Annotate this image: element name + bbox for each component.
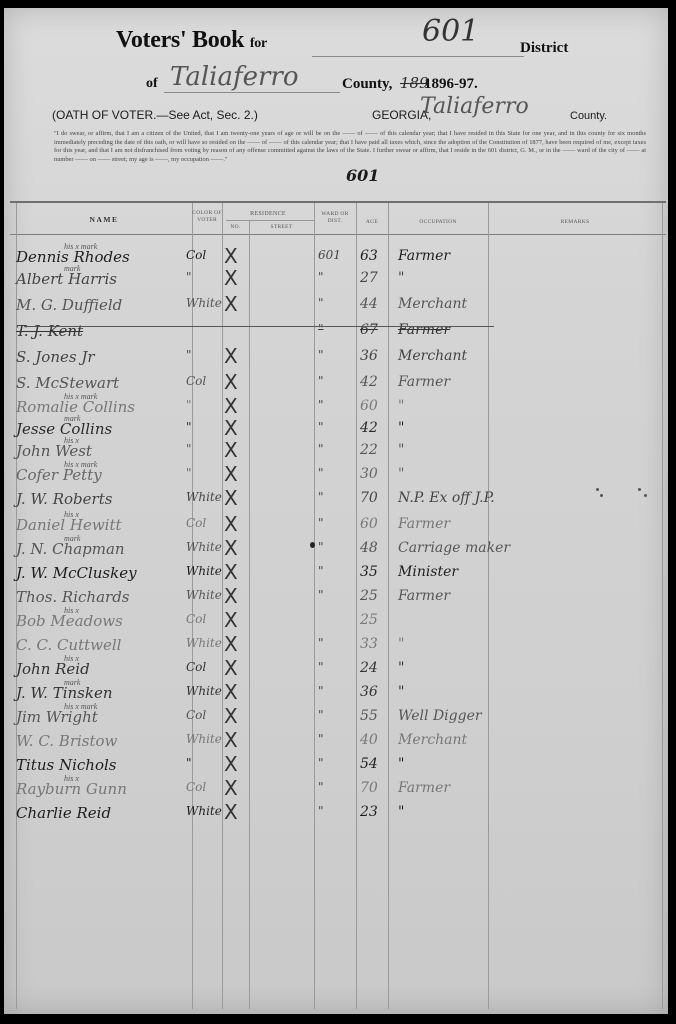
voter-age: 44: [360, 296, 378, 312]
voter-name: Thos. Richards: [16, 588, 130, 606]
voter-age: 35: [360, 564, 378, 580]
header-color: Color of Voter: [192, 210, 222, 223]
voter-occupation: Farmer: [398, 322, 450, 338]
residence-x-mark: X: [224, 438, 238, 462]
header-remarks: Remarks: [488, 219, 662, 226]
voter-occupation: ": [398, 636, 404, 652]
residence-subrule: [226, 220, 314, 221]
table-row: S. Jones Jr " X " 36 Merchant: [4, 348, 668, 371]
district-blank-line: [312, 56, 524, 57]
page-title: Voters' Book for: [116, 27, 267, 54]
residence-x-mark: X: [224, 680, 238, 704]
voter-age: 54: [360, 756, 378, 772]
table-row: J. N. Chapman mark White X " 48 Carriage…: [4, 540, 668, 563]
voter-age: 36: [360, 684, 378, 700]
header-name: NAME: [16, 217, 192, 224]
ward-district: ": [318, 442, 324, 456]
table-row: Dennis Rhodes his x mark Col X 601 63 Fa…: [4, 248, 668, 271]
ward-district: ": [318, 636, 324, 650]
voter-color: White: [186, 684, 222, 698]
table-top-rule: [10, 201, 666, 203]
state-county-label: County.: [570, 110, 607, 122]
residence-x-mark: X: [224, 632, 238, 656]
mark-note: mark: [64, 264, 80, 273]
mark-note: his x mark: [64, 460, 97, 469]
table-row: Charlie Reid White X " 23 ": [4, 804, 668, 827]
voter-color: Col: [186, 248, 206, 262]
ward-district: ": [318, 374, 324, 388]
voter-color: ": [186, 442, 192, 456]
voter-color: ": [186, 270, 192, 284]
voter-occupation: Merchant: [398, 348, 467, 364]
table-row: Daniel Hewitt his x Col X " 60 Farmer: [4, 516, 668, 539]
residence-x-mark: X: [224, 344, 238, 368]
ink-speck: [638, 488, 641, 491]
header-residence-no: No.: [222, 224, 249, 231]
ward-district: ": [318, 466, 324, 480]
header-occupation: Occupation: [388, 219, 488, 226]
table-row: J. W. McCluskey White X " 35 Minister: [4, 564, 668, 587]
voter-age: 70: [360, 490, 378, 506]
voter-color: Col: [186, 516, 206, 530]
voter-occupation: ": [398, 442, 404, 458]
ward-district: ": [318, 540, 324, 554]
voter-age: 55: [360, 708, 378, 724]
table-row: W. C. Bristow White X " 40 Merchant: [4, 732, 668, 755]
residence-x-mark: X: [224, 536, 238, 560]
voter-age: 24: [360, 660, 378, 676]
district-number-handwritten: 601: [422, 14, 479, 49]
county-handwritten: Taliaferro: [170, 62, 298, 92]
table-row: J. W. Tinsken mark White X " 36 ": [4, 684, 668, 707]
ward-district: ": [318, 270, 324, 284]
voter-color: ": [186, 398, 192, 412]
voter-age: 70: [360, 780, 378, 796]
ward-district: ": [318, 564, 324, 578]
voter-color: ": [186, 420, 192, 434]
voter-occupation: ": [398, 660, 404, 676]
voter-name: Charlie Reid: [16, 804, 111, 822]
voter-age: 48: [360, 540, 378, 556]
voter-age: 60: [360, 398, 378, 414]
voter-age: 25: [360, 612, 378, 628]
residence-x-mark: X: [224, 776, 238, 800]
voter-age: 25: [360, 588, 378, 604]
oath-text: "I do swear, or affirm, that I am a citi…: [54, 130, 646, 164]
ward-district: ": [318, 684, 324, 698]
voter-occupation: Farmer: [398, 374, 450, 390]
voter-color: ": [186, 756, 192, 770]
residence-x-mark: X: [224, 370, 238, 394]
title-for: for: [250, 36, 267, 51]
ward-district: ": [318, 708, 324, 722]
voter-occupation: ": [398, 398, 404, 414]
voter-color: ": [186, 348, 192, 362]
voter-age: 36: [360, 348, 378, 364]
mark-note: his x: [64, 436, 79, 445]
table-row: Jim Wright his x mark Col X " 55 Well Di…: [4, 708, 668, 731]
of-label: of: [146, 76, 158, 92]
voter-color: White: [186, 490, 222, 504]
table-row: Thos. Richards White X " 25 Farmer: [4, 588, 668, 611]
voter-occupation: ": [398, 756, 404, 772]
table-row: John West his x " X " 22 ": [4, 442, 668, 465]
voter-color: ": [186, 466, 192, 480]
mark-note: his x: [64, 654, 79, 663]
voter-name: M. G. Duffield: [16, 296, 122, 314]
ward-district: ": [318, 322, 324, 336]
ward-district: ": [318, 490, 324, 504]
table-row: Romalie Collins his x mark " X " 60 ": [4, 398, 668, 421]
voter-age: 30: [360, 466, 378, 482]
residence-x-mark: X: [224, 560, 238, 584]
voter-color: Col: [186, 660, 206, 674]
header-bottom-rule: [10, 234, 666, 235]
voter-occupation: Well Digger: [398, 708, 482, 724]
county-blank-line: [164, 92, 340, 93]
county-label: County,: [342, 76, 392, 93]
voter-age: 42: [360, 420, 378, 436]
table-row: Cofer Petty his x mark " X " 30 ": [4, 466, 668, 489]
ward-district: ": [318, 588, 324, 602]
voter-occupation: Carriage maker: [398, 540, 510, 556]
mark-note: his x mark: [64, 702, 97, 711]
voter-color: Col: [186, 780, 206, 794]
table-row: Titus Nichols " X " 54 ": [4, 756, 668, 779]
voter-color: White: [186, 296, 222, 310]
voter-color: Col: [186, 708, 206, 722]
strikethrough-line: [24, 326, 494, 327]
residence-x-mark: X: [224, 656, 238, 680]
voters-book-page: Voters' Book for 601 District of Taliafe…: [4, 8, 668, 1014]
voter-color: White: [186, 564, 222, 578]
residence-x-mark: X: [224, 608, 238, 632]
table-row: C. C. Cuttwell White X " 33 ": [4, 636, 668, 659]
ink-blot: [310, 542, 315, 548]
ward-district: ": [318, 296, 324, 310]
voter-occupation: ": [398, 420, 404, 436]
voter-color: Col: [186, 374, 206, 388]
voter-name: Titus Nichols: [16, 756, 116, 774]
voter-age: 63: [360, 248, 378, 264]
table-row: J. W. Roberts White X " 70 N.P. Ex off J…: [4, 490, 668, 513]
mark-note: his x mark: [64, 242, 97, 251]
residence-x-mark: X: [224, 728, 238, 752]
header-residence-street: Street: [249, 224, 314, 231]
voter-age: 40: [360, 732, 378, 748]
voter-occupation: Merchant: [398, 732, 467, 748]
voter-color: White: [186, 804, 222, 818]
voter-age: 67: [360, 322, 378, 338]
table-row: Jesse Collins mark " X " 42 ": [4, 420, 668, 443]
voter-name: T. J. Kent: [16, 322, 83, 340]
residence-x-mark: X: [224, 416, 238, 440]
voter-color: Col: [186, 612, 206, 626]
voter-color: White: [186, 588, 222, 602]
voter-color: White: [186, 540, 222, 554]
ward-district: ": [318, 732, 324, 746]
voter-age: 23: [360, 804, 378, 820]
ward-district: ": [318, 348, 324, 362]
ink-speck: [596, 488, 599, 491]
voter-age: 60: [360, 516, 378, 532]
title-text: Voters' Book: [116, 27, 244, 53]
residence-x-mark: X: [224, 704, 238, 728]
voter-color: White: [186, 636, 222, 650]
voter-occupation: ": [398, 684, 404, 700]
table-row: Rayburn Gunn his x Col X " 70 Farmer: [4, 780, 668, 803]
voter-age: 22: [360, 442, 378, 458]
ward-district: ": [318, 420, 324, 434]
header-age: Age: [356, 219, 388, 226]
voter-name: W. C. Bristow: [16, 732, 117, 750]
table-row: S. McStewart Col X " 42 Farmer: [4, 374, 668, 397]
residence-x-mark: X: [224, 486, 238, 510]
state-county-handwritten: Taliaferro: [420, 94, 529, 119]
voter-occupation: ": [398, 804, 404, 820]
header-residence: Residence: [222, 211, 314, 218]
voter-occupation: Farmer: [398, 780, 450, 796]
oath-heading: (OATH OF VOTER.—See Act, Sec. 2.): [52, 108, 258, 122]
mark-note: his x mark: [64, 392, 97, 401]
voter-name: John West: [16, 442, 92, 460]
voter-age: 27: [360, 270, 378, 286]
voter-occupation: Farmer: [398, 588, 450, 604]
mark-note: his x: [64, 510, 79, 519]
voter-occupation: Farmer: [398, 248, 450, 264]
voter-name: J. W. Roberts: [16, 490, 112, 508]
voter-occupation: Merchant: [398, 296, 467, 312]
voter-occupation: ": [398, 270, 404, 286]
ward-district: ": [318, 516, 324, 530]
residence-x-mark: X: [224, 752, 238, 776]
ward-district: ": [318, 756, 324, 770]
ink-speck: [644, 494, 647, 497]
table-row: Albert Harris mark " X " 27 ": [4, 270, 668, 293]
residence-x-mark: X: [224, 292, 238, 316]
residence-x-mark: X: [224, 266, 238, 290]
mark-note: mark: [64, 414, 80, 423]
ward-district: 601: [318, 248, 341, 262]
ink-speck: [600, 494, 603, 497]
residence-x-mark: X: [224, 244, 238, 268]
ward-district: ": [318, 660, 324, 674]
mark-note: mark: [64, 678, 80, 687]
table-row: John Reid his x Col X " 24 ": [4, 660, 668, 683]
ward-district: ": [318, 780, 324, 794]
voter-occupation: Minister: [398, 564, 458, 580]
residence-x-mark: X: [224, 394, 238, 418]
voter-name: S. Jones Jr: [16, 348, 95, 366]
district-label: District: [520, 40, 568, 57]
residence-x-mark: X: [224, 462, 238, 486]
table-row: Bob Meadows his x Col X 25: [4, 612, 668, 635]
oath-district-handwritten: 601: [346, 166, 379, 185]
ward-district: ": [318, 804, 324, 818]
mark-note: his x: [64, 774, 79, 783]
residence-x-mark: X: [224, 512, 238, 536]
voter-occupation: Farmer: [398, 516, 450, 532]
voter-age: 42: [360, 374, 378, 390]
ward-district: ": [318, 398, 324, 412]
mark-note: his x: [64, 606, 79, 615]
voter-occupation: ": [398, 466, 404, 482]
header-ward: Ward or Dist.: [314, 211, 356, 224]
voter-age: 33: [360, 636, 378, 652]
voter-name: S. McStewart: [16, 374, 119, 392]
year-label: 1896-97.: [424, 76, 478, 93]
residence-x-mark: X: [224, 584, 238, 608]
voter-name: C. C. Cuttwell: [16, 636, 121, 654]
voter-occupation: N.P. Ex off J.P.: [398, 490, 495, 506]
residence-x-mark: X: [224, 800, 238, 824]
table-row: M. G. Duffield White X " 44 Merchant: [4, 296, 668, 319]
voter-color: White: [186, 732, 222, 746]
mark-note: mark: [64, 534, 80, 543]
voter-name: J. W. McCluskey: [16, 564, 137, 582]
